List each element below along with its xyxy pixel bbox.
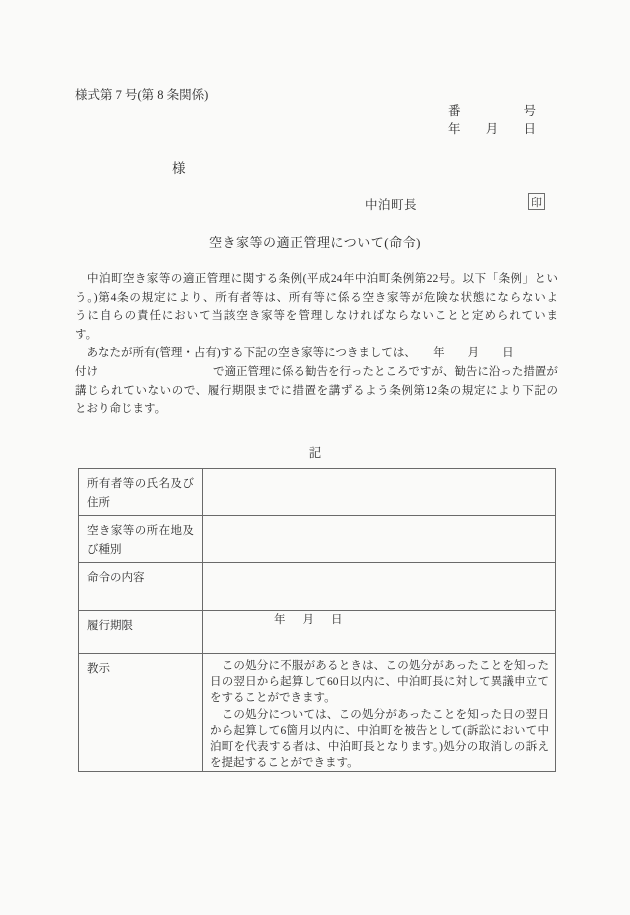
table-value-instruction: この処分に不服があるときは、この処分があったことを知った 日の翌日から起算して6… xyxy=(203,654,556,772)
date-line: 年 月 日 xyxy=(448,119,536,137)
table-label-line: 空き家等の所在地及 xyxy=(87,522,194,541)
instruction-text-line: 泊町を代表する者は、中泊町長となります。)処分の取消しの訴え xyxy=(210,739,549,755)
table-label-deadline: 履行期限 xyxy=(79,611,203,654)
table-label-line: 命令の内容 xyxy=(87,569,194,588)
table-label-owner: 所有者等の氏名及び 住所 xyxy=(79,469,203,516)
order-details-table: 所有者等の氏名及び 住所 空き家等の所在地及 び種別 命令の内容 履行期限 年 … xyxy=(78,468,556,772)
addressee-suffix: 様 xyxy=(172,157,186,177)
table-value-location xyxy=(203,516,556,563)
table-value-owner xyxy=(203,469,556,516)
section-marker-ki: 記 xyxy=(0,443,630,461)
table-label-instruction: 教示 xyxy=(79,654,203,772)
body-text: 中泊町空き家等の適正管理に関する条例(平成24年中泊町条例第22号。以下「条例」… xyxy=(75,270,558,419)
body-paragraph2-line: 付け で適正管理に係る勧告を行ったところですが、勧告に沿った措置が xyxy=(75,363,558,382)
date-day-label: 日 xyxy=(523,119,536,137)
table-row-owner: 所有者等の氏名及び 住所 xyxy=(79,469,556,516)
deadline-date-placeholders: 年 月 日 xyxy=(274,611,343,627)
doc-number-suffix: 号 xyxy=(523,101,536,119)
table-row-deadline: 履行期限 年 月 日 xyxy=(79,611,556,654)
instruction-text-line: この処分については、この処分があったことを知った日の翌日 xyxy=(210,707,549,723)
table-value-deadline: 年 月 日 xyxy=(203,611,556,654)
body-paragraph2-line: あなたが所有(管理・占有)する下記の空き家等につきましては、 年 月 日 xyxy=(75,344,558,363)
instruction-text-line: を提起することができます。 xyxy=(210,755,549,771)
table-label-location: 空き家等の所在地及 び種別 xyxy=(79,516,203,563)
table-label-line: 所有者等の氏名及び xyxy=(87,475,194,494)
body-paragraph1-line: す。 xyxy=(75,326,558,345)
table-label-order-content: 命令の内容 xyxy=(79,563,203,611)
instruction-text-line: この処分に不服があるときは、この処分があったことを知った xyxy=(210,658,549,674)
seal-box: 印 xyxy=(528,193,545,210)
table-value-order-content xyxy=(203,563,556,611)
table-row-location: 空き家等の所在地及 び種別 xyxy=(79,516,556,563)
sender-name: 中泊町長 xyxy=(365,195,417,213)
date-year-label: 年 xyxy=(448,119,461,137)
instruction-text-line: 日の翌日から起算して60日以内に、中泊町長に対して異議申立て xyxy=(210,674,549,690)
body-paragraph1-line: う。)第4条の規定により、所有者等は、所有等に係る空き家等が危険な状態にならない… xyxy=(75,289,558,308)
document-number-line: 番 号 xyxy=(448,101,536,119)
form-number: 様式第 7 号(第 8 条関係) xyxy=(75,85,208,103)
body-paragraph2-line: とおり命じます。 xyxy=(75,400,558,419)
deadline-month-label: 月 xyxy=(303,611,315,627)
table-row-instruction: 教示 この処分に不服があるときは、この処分があったことを知った 日の翌日から起算… xyxy=(79,654,556,772)
doc-number-prefix: 番 xyxy=(448,101,461,119)
deadline-year-label: 年 xyxy=(274,611,286,627)
body-paragraph2-line: 講じられていないので、履行期限までに措置を講ずるよう条例第12条の規定により下記… xyxy=(75,382,558,401)
instruction-text-line: をすることができます。 xyxy=(210,690,549,706)
table-label-line: 住所 xyxy=(87,494,194,513)
deadline-day-label: 日 xyxy=(331,611,343,627)
table-row-order-content: 命令の内容 xyxy=(79,563,556,611)
table-label-line: び種別 xyxy=(87,541,194,560)
body-paragraph1-line: 中泊町空き家等の適正管理に関する条例(平成24年中泊町条例第22号。以下「条例」… xyxy=(75,270,558,289)
document-title: 空き家等の適正管理について(命令) xyxy=(0,232,630,251)
date-month-label: 月 xyxy=(486,119,499,137)
instruction-text-line: から起算して6箇月以内に、中泊町を被告として(訴訟において中 xyxy=(210,723,549,739)
body-paragraph1-line: うに自らの責任において当該空き家等を管理しなければならないことと定められていま xyxy=(75,307,558,326)
